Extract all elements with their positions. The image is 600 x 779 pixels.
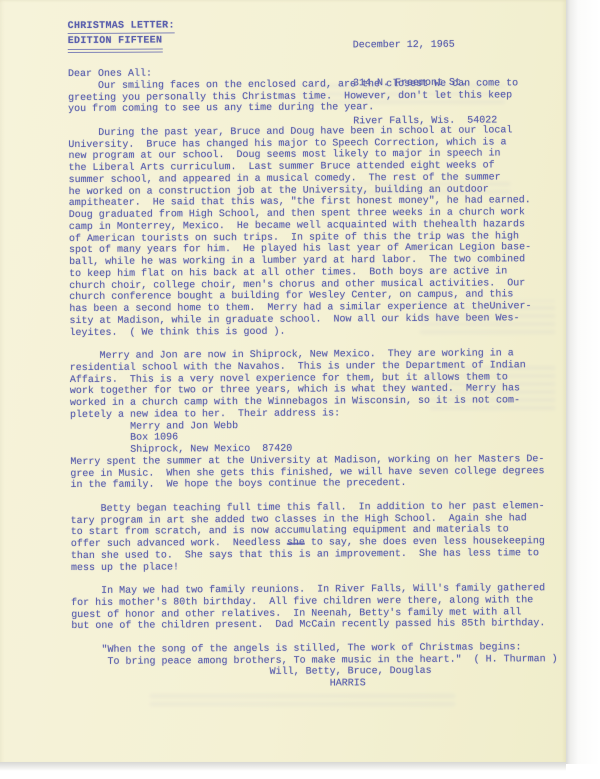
masthead-title: CHRISTMAS LETTER: [68, 19, 175, 34]
letter-date: December 12, 1965 [353, 39, 497, 53]
letter-line: HARRIS [72, 677, 558, 692]
letter-content: CHRISTMAS LETTER: EDITION FIFTEEN Decemb… [0, 0, 600, 779]
masthead: CHRISTMAS LETTER: EDITION FIFTEEN [68, 19, 175, 53]
masthead-edition: EDITION FIFTEEN [68, 34, 163, 53]
letter-body: Dear Ones All: Our smiling faces on the … [68, 66, 558, 692]
